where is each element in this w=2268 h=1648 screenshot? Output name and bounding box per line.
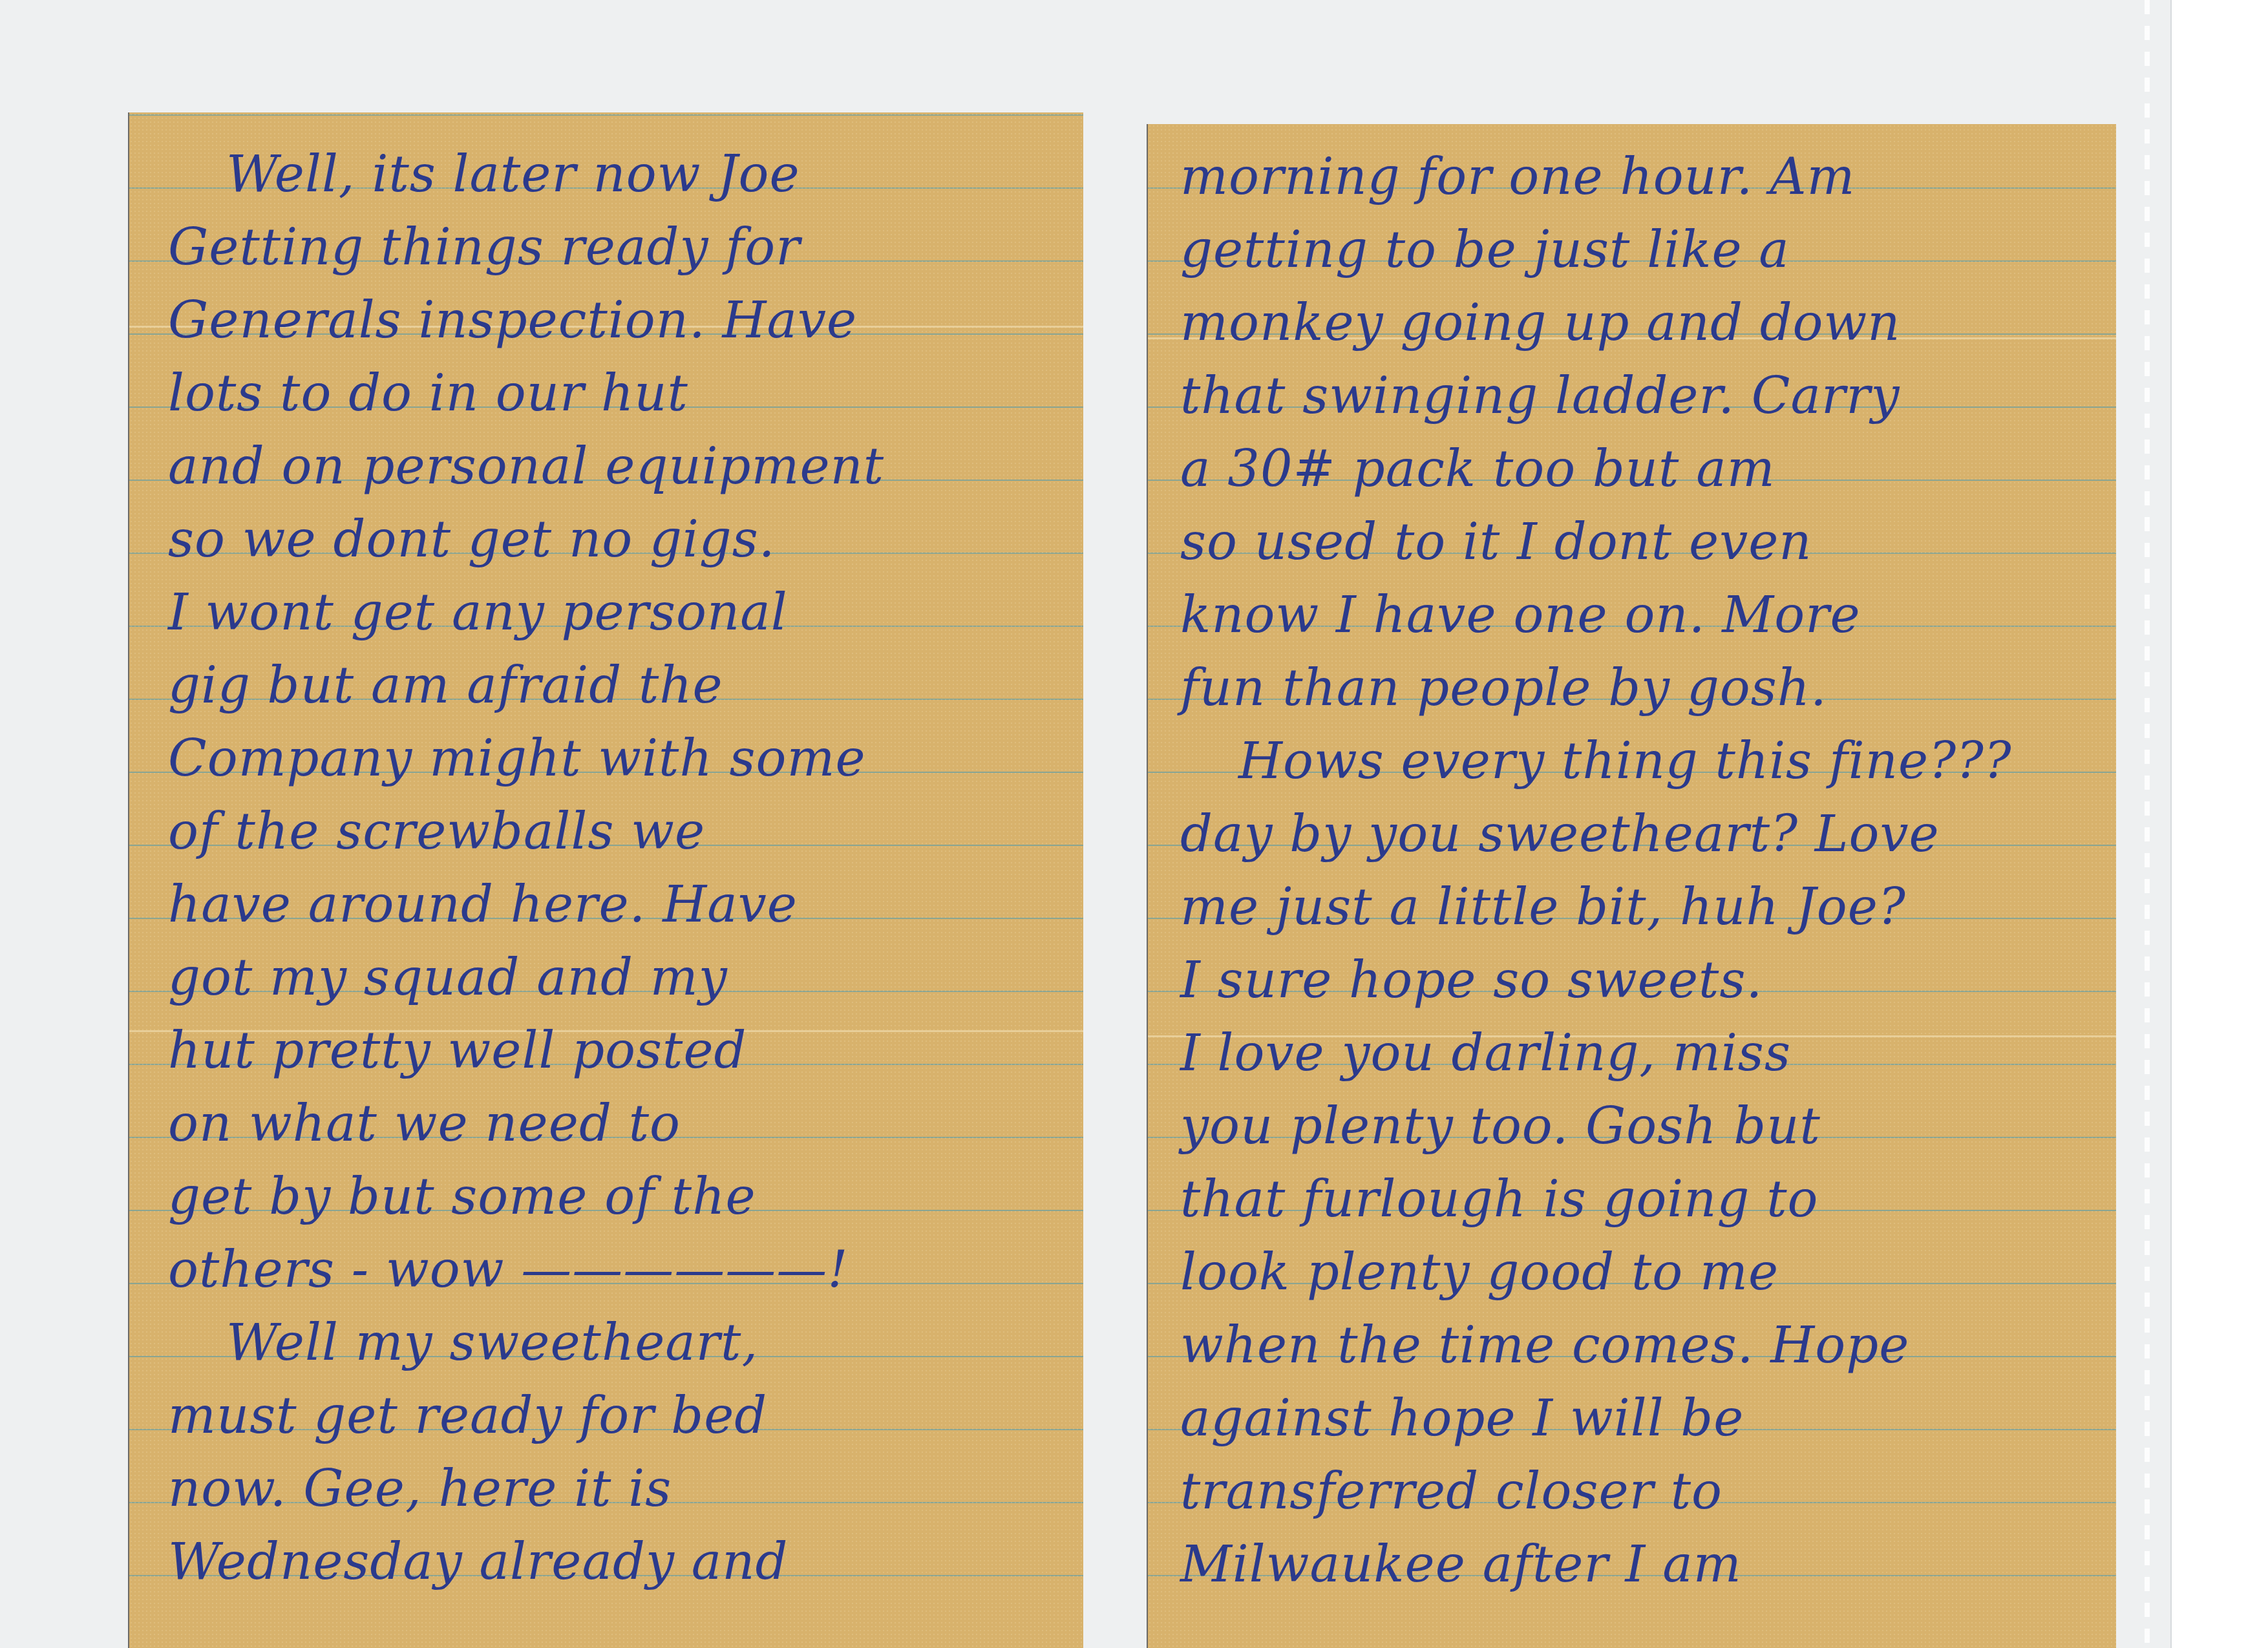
text-line: so we dont get no gigs.: [168, 503, 1083, 576]
handwritten-text-left: Well, its later now Joe Getting things r…: [168, 138, 1083, 1599]
text-line: and on personal equipment: [168, 430, 1083, 503]
text-line: get by but some of the: [168, 1161, 1083, 1234]
text-line: against hope I will be: [1180, 1382, 2116, 1455]
text-line: when the time comes. Hope: [1180, 1309, 2116, 1382]
text-line: got my squad and my: [168, 942, 1083, 1015]
text-line: I love you darling, miss: [1180, 1017, 2116, 1090]
sleeve-seam: [2145, 0, 2150, 1648]
plastic-sleeve-edge: [2170, 0, 2268, 1648]
text-line: that swinging ladder. Carry: [1180, 360, 2116, 433]
letter-page-right: morning for one hour. Am getting to be j…: [1148, 124, 2116, 1648]
handwritten-text-right: morning for one hour. Am getting to be j…: [1180, 141, 2116, 1601]
text-line: so used to it I dont even: [1180, 506, 2116, 579]
text-line: Well, its later now Joe: [168, 138, 1083, 211]
text-line: morning for one hour. Am: [1180, 141, 2116, 214]
letter-page-left: Well, its later now Joe Getting things r…: [129, 112, 1083, 1648]
text-line: of the screwballs we: [168, 796, 1083, 869]
text-line: others - wow ——————!: [168, 1234, 1083, 1307]
text-line: I sure hope so sweets.: [1180, 944, 2116, 1017]
text-line: Getting things ready for: [168, 211, 1083, 284]
text-line: Well my sweetheart,: [168, 1307, 1083, 1380]
text-line: must get ready for bed: [168, 1380, 1083, 1453]
text-line: now. Gee, here it is: [168, 1453, 1083, 1526]
text-line: hut pretty well posted: [168, 1015, 1083, 1088]
text-line: have around here. Have: [168, 869, 1083, 942]
text-line: a 30# pack too but am: [1180, 433, 2116, 506]
text-line: Hows every thing this fine???: [1180, 725, 2116, 798]
text-line: gig but am afraid the: [168, 650, 1083, 723]
text-line: on what we need to: [168, 1088, 1083, 1161]
text-line: Company might with some: [168, 723, 1083, 796]
text-line: me just a little bit, huh Joe?: [1180, 871, 2116, 944]
text-line: monkey going up and down: [1180, 287, 2116, 360]
text-line: Wednesday already and: [168, 1526, 1083, 1599]
text-line: know I have one on. More: [1180, 579, 2116, 652]
text-line: fun than people by gosh.: [1180, 652, 2116, 725]
text-line: day by you sweetheart? Love: [1180, 798, 2116, 871]
text-line: lots to do in our hut: [168, 357, 1083, 430]
text-line: you plenty too. Gosh but: [1180, 1090, 2116, 1163]
text-line: look plenty good to me: [1180, 1236, 2116, 1309]
text-line: transferred closer to: [1180, 1455, 2116, 1528]
text-line: Generals inspection. Have: [168, 284, 1083, 357]
text-line: I wont get any personal: [168, 576, 1083, 650]
text-line: getting to be just like a: [1180, 214, 2116, 287]
text-line: Milwaukee after I am: [1180, 1528, 2116, 1601]
text-line: that furlough is going to: [1180, 1163, 2116, 1236]
